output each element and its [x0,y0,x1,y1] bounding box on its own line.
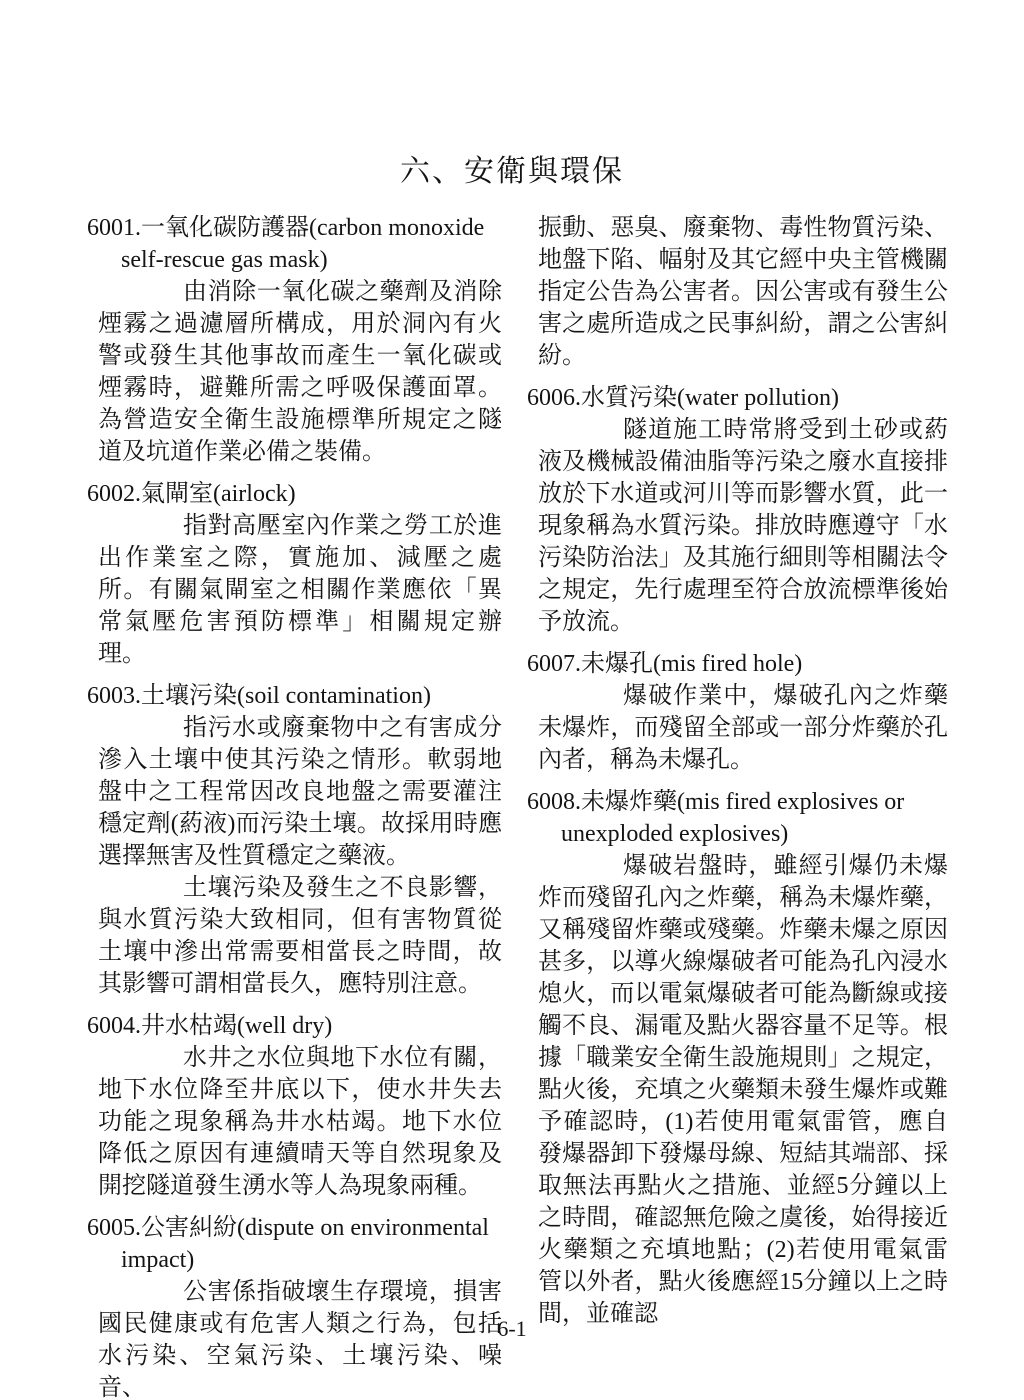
entry-body-6006: 隧道施工時常將受到土砂或葯液及機械設備油脂等污染之廢水直接排放於下水道或河川等而… [538,414,948,638]
entry-heading-6002: 6002.氣閘室(airlock) [87,478,502,510]
page-number: 6-1 [0,1316,1024,1342]
entry-body-6005-cont: 振動、惡臭、廢棄物、毒性物質污染、地盤下陷、幅射及其它經中央主管機關指定公告為公… [538,212,948,372]
entry-heading-6005: 6005.公害糾紛(dispute on environmental impac… [87,1212,502,1276]
entry-body-6007: 爆破作業中，爆破孔內之炸藥未爆炸，而殘留全部或一部分炸藥於孔內者，稱為未爆孔。 [538,680,948,776]
page-title: 六、安衛與環保 [0,146,1024,190]
entry-heading-6008: 6008.未爆炸藥(mis fired explosives or unexpl… [527,786,948,850]
left-column: 6001.一氧化碳防護器(carbon monoxide self-rescue… [87,212,502,1400]
entry-body-6001: 由消除一氧化碳之藥劑及消除煙霧之過濾層所構成，用於洞內有火警或發生其他事故而產生… [98,276,502,468]
entry-body-6008: 爆破岩盤時，雖經引爆仍未爆炸而殘留孔內之炸藥，稱為未爆炸藥，又稱殘留炸藥或殘藥。… [538,850,948,1330]
entry-body-6003-p2: 土壤污染及發生之不良影響，與水質污染大致相同，但有害物質從土壤中滲出常需要相當長… [98,872,502,1000]
entry-body-6003-p1: 指污水或廢棄物中之有害成分滲入土壤中使其污染之情形。軟弱地盤中之工程常因改良地盤… [98,712,502,872]
right-column: 振動、惡臭、廢棄物、毒性物質污染、地盤下陷、幅射及其它經中央主管機關指定公告為公… [527,212,948,1330]
entry-heading-6007: 6007.未爆孔(mis fired hole) [527,648,948,680]
entry-heading-6006: 6006.水質污染(water pollution) [527,382,948,414]
entry-body-6002: 指對高壓室內作業之勞工於進出作業室之際，實施加、減壓之處所。有關氣閘室之相關作業… [98,510,502,670]
entry-heading-6001: 6001.一氧化碳防護器(carbon monoxide self-rescue… [87,212,502,276]
entry-heading-6003: 6003.土壤污染(soil contamination) [87,680,502,712]
entry-heading-6004: 6004.井水枯竭(well dry) [87,1010,502,1042]
entry-body-6004: 水井之水位與地下水位有關，地下水位降至井底以下，使水井失去功能之現象稱為井水枯竭… [98,1042,502,1202]
